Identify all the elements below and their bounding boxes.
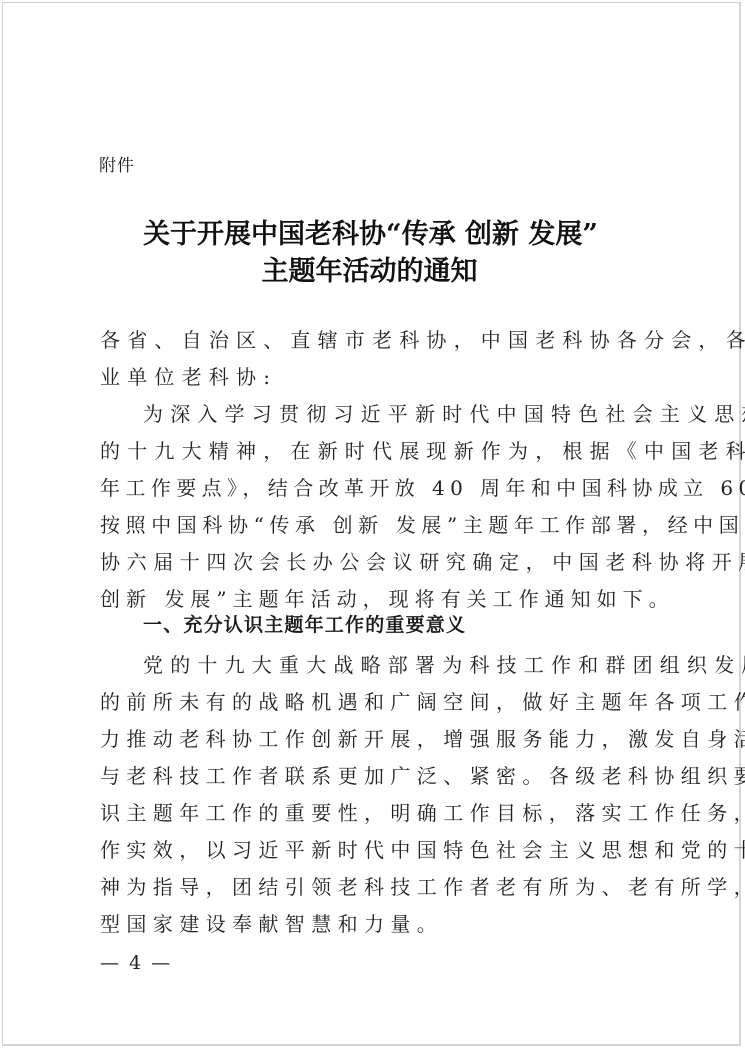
paragraph-line: 年工作要点》，结合改革开放 40 周年和中国科协成立 60 周年， (100, 476, 745, 500)
paragraph-line: 按照中国科协“传承 创新 发展”主题年工作部署，经中国老科 (100, 513, 745, 537)
paragraph-line: 型国家建设奉献智慧和力量。 (100, 912, 443, 936)
paragraph-line: 的前所未有的战略机遇和广阔空间，做好主题年各项工作，将有 (100, 690, 745, 714)
paragraph-line: 创新 发展”主题年活动，现将有关工作通知如下。 (100, 587, 675, 611)
salutation-line: 各省、自治区、直辖市老科协，中国老科协各分会，各直属企事 (100, 328, 745, 352)
document-title-line-1: 关于开展中国老科协“传承 创新 发展” (0, 212, 743, 251)
paragraph-line: 作实效，以习近平新时代中国特色社会主义思想和党的十九大精 (100, 838, 745, 862)
page-number: — 4 — (100, 952, 172, 974)
paragraph-line: 党的十九大重大战略部署为科技工作和群团组织发展提供 (143, 653, 745, 677)
paragraph-line: 神为指导，团结引领老科技工作者老有所为、老有所学，为创新 (100, 875, 745, 899)
attachment-label: 附件 (99, 151, 135, 176)
paragraph-line: 与老科技工作者联系更加广泛、紧密。各级老科协组织要充分认 (100, 764, 745, 788)
document-title-line-2: 主题年活动的通知 (0, 249, 742, 288)
paragraph-line: 力推动老科协工作创新开展，增强服务能力，激发自身活力， (100, 727, 745, 751)
section-heading: 一、充分认识主题年工作的重要意义 (143, 613, 466, 637)
paragraph-line: 的十九大精神，在新时代展现新作为，根据《中国老科协 2018 (100, 439, 745, 463)
paragraph-line: 协六届十四次会长办公会议研究确定，中国老科协将开展“传承 (100, 550, 745, 574)
paragraph-line: 为深入学习贯彻习近平新时代中国特色社会主义思想和党 (143, 402, 745, 426)
salutation-line: 业单位老科协: (100, 365, 277, 389)
paragraph-line: 识主题年工作的重要性，明确工作目标，落实工作任务，强化工 (100, 801, 745, 825)
document-page: 附件 关于开展中国老科协“传承 创新 发展” 主题年活动的通知 各省、自治区、直… (2, 2, 741, 1046)
